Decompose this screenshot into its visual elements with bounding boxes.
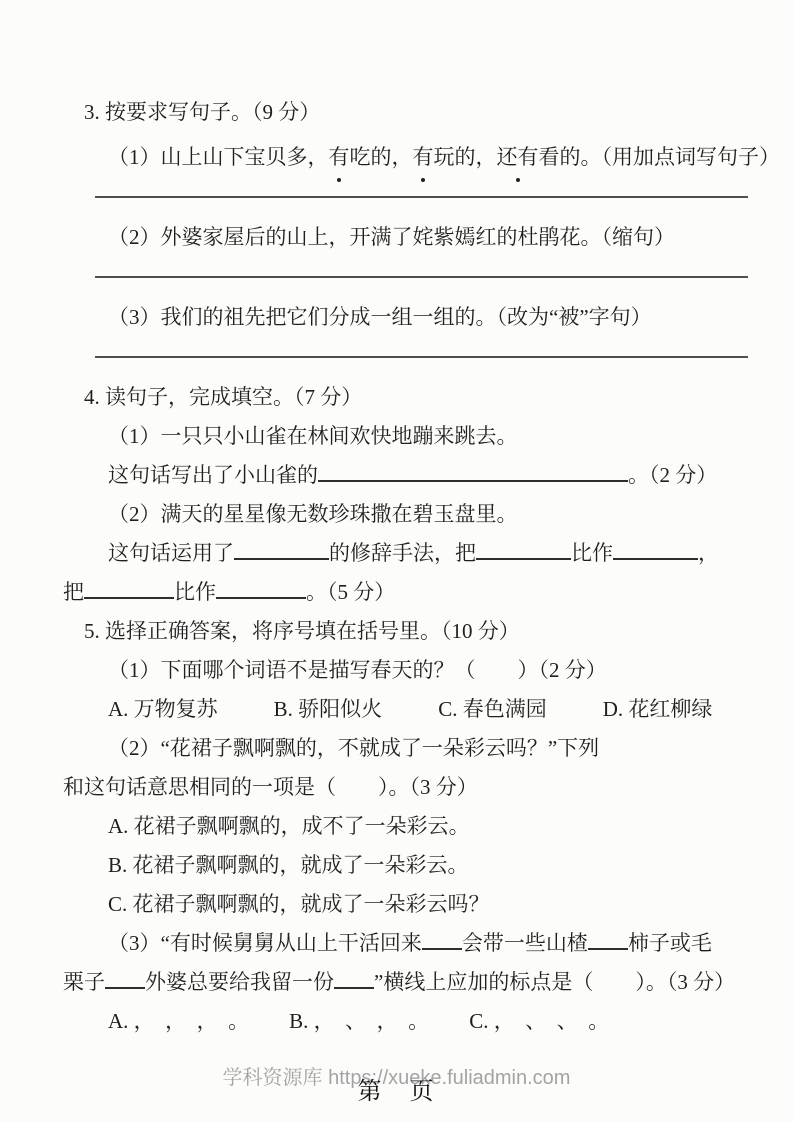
- option-a: A. 万物复苏: [108, 690, 218, 729]
- fill-blank: [613, 537, 698, 560]
- fill-blank: [105, 966, 145, 989]
- question-3-item-2: （2）外婆家屋后的山上，开满了姹紫嫣红的杜鹃花。（缩句）: [63, 218, 748, 257]
- q4-fill2b-mid: 比作: [174, 580, 216, 604]
- answer-line-3: [95, 337, 748, 358]
- question-5-item-3-line-1: （3）“有时候舅舅从山上干活回来会带一些山楂柿子或毛: [63, 924, 748, 963]
- q3-item1-prefix: （1）: [108, 145, 161, 169]
- question-5-item-1-options: A. 万物复苏 B. 骄阳似火 C. 春色满园 D. 花红柳绿: [63, 690, 748, 729]
- question-5-item-2-line-1: （2）“花裙子飘啊飘的，不就成了一朵彩云吗？”下列: [63, 729, 748, 768]
- fill-blank: [476, 537, 571, 560]
- punct-option-b: B. ， 、 ， 。: [289, 1002, 429, 1041]
- q3-item1-seg2: 吃的，: [350, 145, 413, 169]
- question-4-fill-2-line-2: 把比作。（5 分）: [63, 573, 748, 612]
- question-3-header: 3. 按要求写句子。（9 分）: [63, 93, 748, 132]
- question-4-fill-1: 这句话写出了小山雀的。（2 分）: [63, 456, 748, 495]
- q4-fill2b-post: 。（5 分）: [306, 580, 395, 604]
- answer-line-2: [95, 257, 748, 278]
- fill-blank: [84, 576, 174, 599]
- page-number-label: 第 页: [358, 1071, 436, 1106]
- fill-blank: [422, 927, 462, 950]
- question-5-item-3-line-2: 栗子外婆总要给我留一份”横线上应加的标点是（ ）。（3 分）: [63, 963, 748, 1002]
- question-5-item-2-option-c: C. 花裙子飘啊飘的，就成了一朵彩云吗？: [63, 885, 748, 924]
- option-d: D. 花红柳绿: [603, 690, 713, 729]
- q5-item3-seg4: 栗子: [63, 970, 105, 994]
- fill-blank: [588, 927, 628, 950]
- question-5-item-1: （1）下面哪个词语不是描写春天的？（ ）（2 分）: [63, 651, 748, 690]
- punct-option-c: C. ， 、 、 。: [469, 1002, 609, 1041]
- q5-item3-seg6: ”横线上应加的标点是（ ）。（3 分）: [374, 970, 735, 994]
- q4-fill2a-mid2: 比作: [571, 541, 613, 565]
- q5-item3-seg1: （3）“有时候舅舅从山上干活回来: [108, 931, 422, 955]
- q4-fill1-pre: 这句话写出了小山雀的: [108, 463, 318, 487]
- q3-item1-seg4: 看的。（用加点词写句子）: [539, 145, 781, 169]
- q4-fill2b-pre: 把: [63, 580, 84, 604]
- question-4-item-2: （2）满天的星星像无数珍珠撒在碧玉盘里。: [63, 495, 748, 534]
- question-5-header: 5. 选择正确答案，将序号填在括号里。（10 分）: [63, 612, 748, 651]
- question-3-item-1: （1）山上山下宝贝多，有吃的，有玩的，还有看的。（用加点词写句子）: [63, 138, 748, 177]
- option-c: C. 春色满园: [438, 690, 547, 729]
- question-4-fill-2-line-1: 这句话运用了的修辞手法，把比作，: [63, 534, 748, 573]
- fill-blank: [216, 576, 306, 599]
- question-3: 3. 按要求写句子。（9 分） （1）山上山下宝贝多，有吃的，有玩的，还有看的。…: [63, 93, 748, 358]
- test-paper-page: 3. 按要求写句子。（9 分） （1）山上山下宝贝多，有吃的，有玩的，还有看的。…: [0, 0, 793, 1122]
- q4-fill2a-post: ，: [698, 541, 719, 565]
- q3-item1-dotted-word-2: 有: [413, 138, 434, 177]
- q4-fill2a-pre: 这句话运用了: [108, 541, 234, 565]
- question-5-item-2-option-a: A. 花裙子飘啊飘的，成不了一朵彩云。: [63, 807, 748, 846]
- q5-item3-seg5: 外婆总要给我留一份: [145, 970, 334, 994]
- q3-item1-seg1: 山上山下宝贝多，: [161, 145, 329, 169]
- option-b: B. 骄阳似火: [274, 690, 383, 729]
- q4-fill2a-mid1: 的修辞手法，把: [329, 541, 476, 565]
- question-4: 4. 读句子，完成填空。（7 分） （1）一只只小山雀在林间欢快地蹦来跳去。 这…: [63, 378, 748, 612]
- punct-option-a: A. ， ， ， 。: [108, 1002, 249, 1041]
- q5-item3-seg3: 柿子或毛: [628, 931, 712, 955]
- fill-blank: [334, 966, 374, 989]
- question-4-item-1: （1）一只只小山雀在林间欢快地蹦来跳去。: [63, 417, 748, 456]
- q3-item1-dotted-word-3: 还有: [497, 138, 539, 177]
- q3-item1-dotted-word-1: 有: [329, 138, 350, 177]
- question-4-header: 4. 读句子，完成填空。（7 分）: [63, 378, 748, 417]
- question-5-item-2-option-b: B. 花裙子飘啊飘的，就成了一朵彩云。: [63, 846, 748, 885]
- q5-item3-seg2: 会带一些山楂: [462, 931, 588, 955]
- q3-item1-seg3: 玩的，: [434, 145, 497, 169]
- question-3-item-3: （3）我们的祖先把它们分成一组一组的。（改为“被”字句）: [63, 298, 748, 337]
- question-5: 5. 选择正确答案，将序号填在括号里。（10 分） （1）下面哪个词语不是描写春…: [63, 612, 748, 1041]
- fill-blank: [234, 537, 329, 560]
- question-5-item-2-line-2: 和这句话意思相同的一项是（ ）。（3 分）: [63, 768, 748, 807]
- question-5-item-3-options: A. ， ， ， 。 B. ， 、 ， 。 C. ， 、 、 。: [63, 1002, 748, 1041]
- q4-fill1-post: 。（2 分）: [628, 463, 717, 487]
- fill-blank: [318, 459, 628, 482]
